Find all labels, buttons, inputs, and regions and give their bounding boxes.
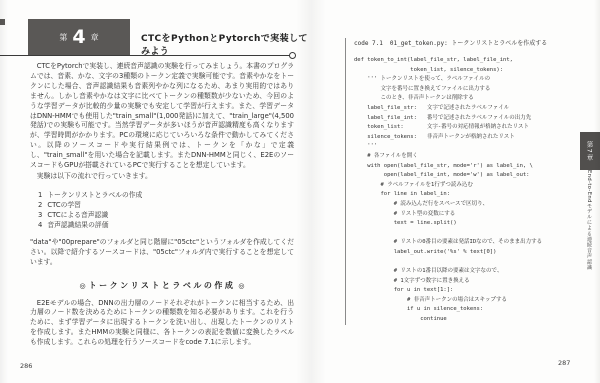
left-edge-shadow <box>0 0 8 383</box>
list-item: 4音声認識結果の評価 <box>38 220 294 230</box>
right-edge-shadow <box>594 0 600 383</box>
list-item-number: 1 <box>38 191 42 199</box>
experiment-flow-list: 1トークンリストとラベルの作成 2CTCの学習 3CTCによる音声認識 4音声認… <box>38 190 294 230</box>
folder-paragraph: "data"や"00prepare"のフォルダと同じ階層に"05ctc"というフ… <box>30 238 294 268</box>
code-body: def token_to_int(label_file_str, label_f… <box>354 56 586 325</box>
code-caption-label: code 7.1 <box>354 40 383 47</box>
section-heading-text: トークンリストとラベルの作成 <box>89 281 236 290</box>
section-paragraph: E2Eモデルの場合、DNNの出力層のノードそれぞれがトークンに相当するため、出力… <box>30 299 294 349</box>
book-spread-scan: 第 4 章 CTCをPythonとPytorchで実装してみよう CTCをPyt… <box>0 0 600 383</box>
code-caption: code 7.101_get_token.py: トークンリストとラベルを作成す… <box>354 38 586 47</box>
left-page-number: 286 <box>20 362 32 370</box>
section-marker-icon: ◎ <box>79 282 85 290</box>
chapter-number: 4 <box>72 28 85 47</box>
code-listing: code 7.101_get_token.py: トークンリストとラベルを作成す… <box>345 38 586 325</box>
code-caption-text: 01_get_token.py: トークンリストとラベルを作成する <box>390 40 547 47</box>
right-page-number: 287 <box>558 359 570 367</box>
list-item: 2CTCの学習 <box>38 200 294 210</box>
list-item-label: CTCによる音声認識 <box>47 211 108 219</box>
list-item-number: 4 <box>38 221 42 229</box>
section-heading: ◎トークンリストとラベルの作成◎ <box>30 281 294 292</box>
chapter-title: CTCをPythonとPytorchで実装してみよう <box>141 31 311 57</box>
list-item: 3CTCによる音声認識 <box>38 210 294 220</box>
list-item-label: トークンリストとラベルの作成 <box>47 191 142 199</box>
intro-paragraph: CTCをPytorchで実装し、連続音声認識の実験を行ってみましょう。本書のプロ… <box>30 62 294 171</box>
chapter-prefix: 第 <box>59 34 67 42</box>
list-item-number: 3 <box>38 211 42 219</box>
chapter-number-box: 第 4 章 <box>28 19 130 56</box>
left-page-body: CTCをPytorchで実装し、連続音声認識の実験を行ってみましょう。本書のプロ… <box>30 62 294 348</box>
title-rule <box>0 55 290 56</box>
title-rule-end-circle-icon <box>289 52 296 59</box>
list-item-number: 2 <box>38 201 42 209</box>
chapter-suffix: 章 <box>91 34 99 42</box>
section-marker-icon: ◎ <box>238 282 244 290</box>
gutter-shadow <box>296 0 326 383</box>
list-item-label: 音声認識結果の評価 <box>47 221 108 229</box>
flow-lead-sentence: 実験は以下の流れで行っていきます。 <box>30 172 294 182</box>
list-item: 1トークンリストとラベルの作成 <box>38 190 294 200</box>
chapter-side-caption: End-to-Endモデルによる連続音声認識 <box>586 170 593 285</box>
list-item-label: CTCの学習 <box>47 201 81 209</box>
